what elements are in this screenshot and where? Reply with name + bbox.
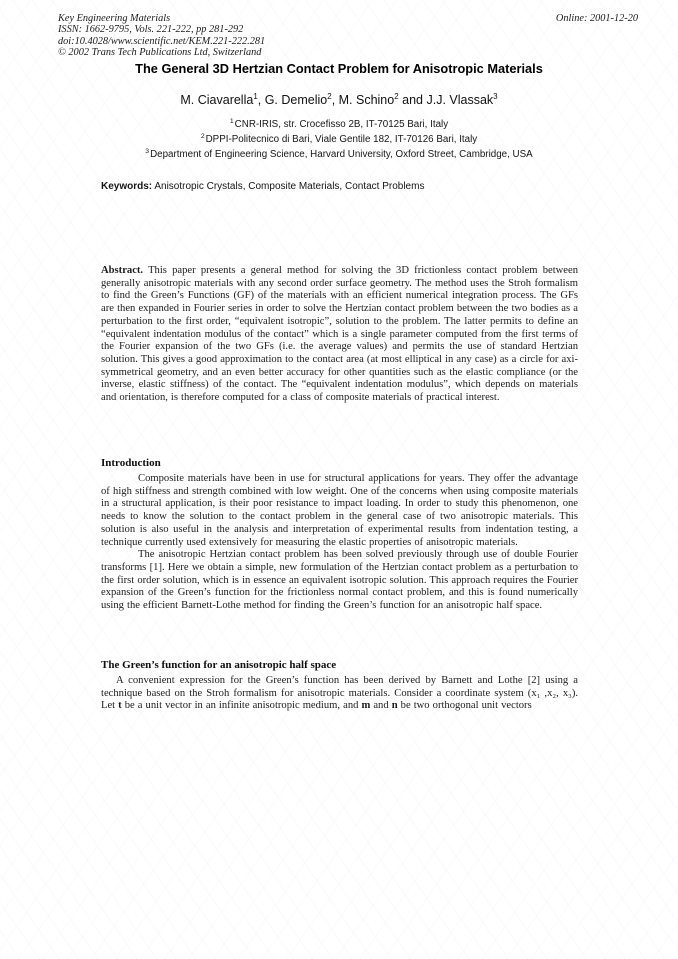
affiliation-number: 1 bbox=[230, 118, 234, 125]
author-affiliation-ref: 3 bbox=[493, 92, 497, 101]
affiliation-line: 3Department of Engineering Science, Harv… bbox=[0, 147, 678, 162]
online-date: Online: 2001-12-20 bbox=[556, 13, 638, 24]
affiliation-text: DPPI-Politecnico di Bari, Viale Gentile … bbox=[206, 134, 478, 145]
keywords-label: Keywords: bbox=[101, 181, 152, 192]
doi-line: doi:10.4028/www.scientific.net/KEM.221-2… bbox=[58, 36, 638, 47]
introduction-body: Composite materials have been in use for… bbox=[101, 473, 578, 613]
journal-imprint: Key Engineering Materials Online: 2001-1… bbox=[58, 13, 638, 59]
affiliation-text: CNR-IRIS, str. Crocefisso 2B, IT-70125 B… bbox=[235, 119, 448, 130]
paper-page: Key Engineering Materials Online: 2001-1… bbox=[0, 0, 678, 959]
affiliation-line: 1CNR-IRIS, str. Crocefisso 2B, IT-70125 … bbox=[0, 117, 678, 132]
greens-text-segment: and bbox=[370, 700, 391, 711]
author: M. Ciavarella bbox=[180, 93, 253, 107]
paper-title: The General 3D Hertzian Contact Problem … bbox=[0, 61, 678, 77]
author: and J.J. Vlassak bbox=[399, 93, 494, 107]
intro-paragraph-2: The anisotropic Hertzian contact problem… bbox=[101, 549, 578, 613]
abstract-label: Abstract. bbox=[101, 265, 143, 276]
keywords-text: Anisotropic Crystals, Composite Material… bbox=[152, 181, 424, 192]
author: , G. Demelio bbox=[258, 93, 327, 107]
author: , M. Schino bbox=[332, 93, 395, 107]
affiliation-line: 2DPPI-Politecnico di Bari, Viale Gentile… bbox=[0, 132, 678, 147]
greens-paragraph: A convenient expression for the Green’s … bbox=[101, 675, 578, 713]
keywords-line: Keywords: Anisotropic Crystals, Composit… bbox=[101, 181, 581, 192]
journal-name: Key Engineering Materials bbox=[58, 13, 170, 24]
greens-text-segment: be a unit vector in an infinite anisotro… bbox=[122, 700, 362, 711]
copyright-line: © 2002 Trans Tech Publications Ltd, Swit… bbox=[58, 47, 638, 58]
introduction-heading: Introduction bbox=[101, 457, 161, 469]
issn-line: ISSN: 1662-9795, Vols. 221-222, pp 281-2… bbox=[58, 24, 638, 35]
abstract-text: This paper presents a general method for… bbox=[101, 265, 578, 403]
affiliation-text: Department of Engineering Science, Harva… bbox=[150, 149, 533, 160]
abstract-paragraph: Abstract. This paper presents a general … bbox=[101, 265, 578, 405]
affiliations: 1CNR-IRIS, str. Crocefisso 2B, IT-70125 … bbox=[0, 117, 678, 163]
intro-paragraph-1: Composite materials have been in use for… bbox=[101, 473, 578, 549]
affiliation-number: 3 bbox=[145, 148, 149, 155]
greens-function-body: A convenient expression for the Green’s … bbox=[101, 675, 578, 713]
affiliation-number: 2 bbox=[201, 133, 205, 140]
greens-function-heading: The Green’s function for an anisotropic … bbox=[101, 659, 336, 671]
vector-m-symbol: m bbox=[361, 700, 370, 711]
greens-text-segment: be two orthogonal unit vectors bbox=[398, 700, 532, 711]
authors-line: M. Ciavarella1, G. Demelio2, M. Schino2 … bbox=[0, 92, 678, 108]
